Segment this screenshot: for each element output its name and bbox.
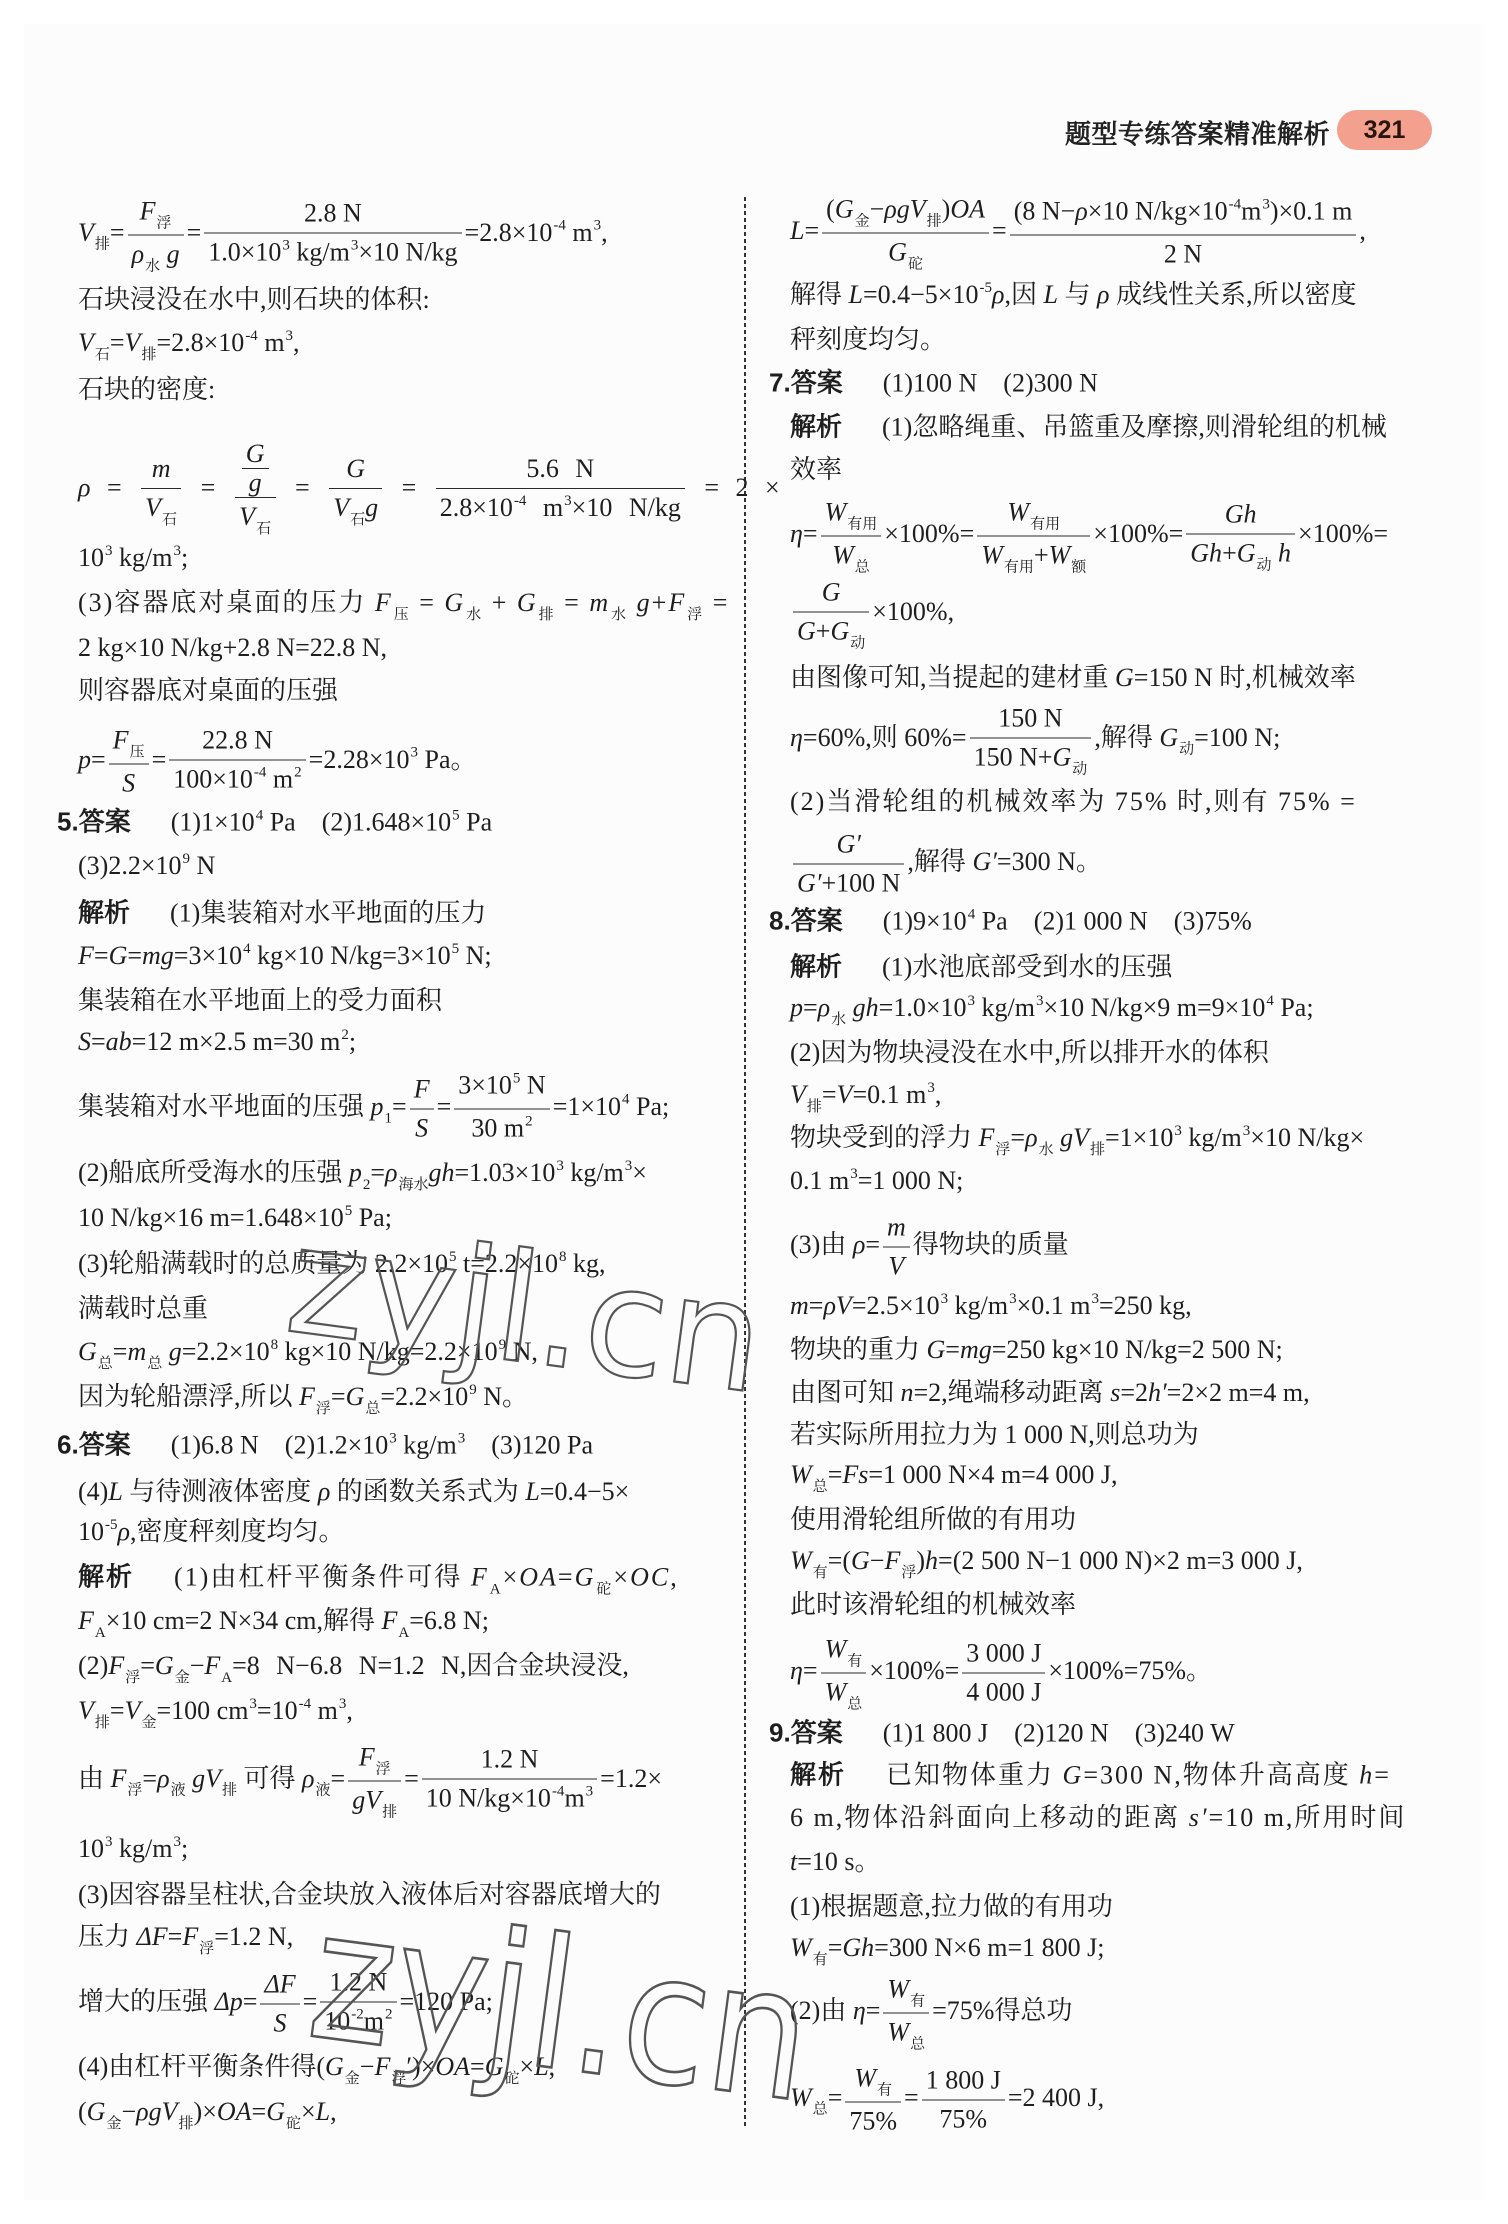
text: = <box>140 1651 155 1680</box>
text: 因为轮船漂浮,所以 <box>78 1382 299 1411</box>
analysis-label: 解析 <box>790 952 842 982</box>
text: 使用滑轮组所做的有用功 <box>790 1505 1076 1534</box>
numerator: m <box>883 1209 910 1248</box>
text: = <box>385 473 433 502</box>
subscript: 总 <box>147 1356 162 1372</box>
superscript: 3 <box>410 745 418 761</box>
math-variable: g <box>249 468 262 497</box>
text: = <box>1010 1123 1025 1152</box>
numerator: G′ <box>793 826 904 865</box>
subscript: 浮 <box>127 1783 142 1799</box>
text: ′)× <box>406 2052 435 2081</box>
math-variable: V <box>333 493 349 522</box>
text-line: F=G=mg=3×104 kg×10 N/kg=3×105 N; <box>78 934 492 982</box>
math-variable: F <box>78 941 94 970</box>
math-variable: h′ <box>1148 1378 1167 1407</box>
text: ,解得 <box>907 847 972 876</box>
superscript: 3 <box>625 1158 633 1174</box>
math-variable: F <box>884 1546 900 1575</box>
subscript: 海水 <box>398 1177 428 1193</box>
text-line: (4)由杠杆平衡条件得(G金−F浮′)×OA=G砣×L, <box>78 2045 555 2093</box>
numerator: (G金−ρgV排)OA <box>822 191 989 234</box>
text: 与待测液体密度 <box>123 1477 318 1506</box>
numerator: 1 800 J <box>922 2062 1005 2101</box>
text: 6 m,物体沿斜面向上移动的距离 <box>790 1803 1189 1832</box>
subscript: A <box>95 1625 106 1641</box>
subscript: 动 <box>850 636 865 652</box>
answer-heading-line: 6.答案(1)6.8 N (2)1.2×103 kg/m3 (3)120 Pa <box>57 1423 593 1472</box>
denominator: V石g <box>329 489 382 531</box>
text-line: W有=(G−F浮)h=(2 500 N−1 000 N)×2 m=3 000 J… <box>790 1539 1303 1587</box>
text: =2,绳端移动距离 <box>914 1378 1111 1407</box>
formula-line: (2)由 η=W有W总=75%得总功 <box>790 1971 1072 2056</box>
text: 与 <box>1058 280 1097 309</box>
text-line: (2)当滑轮组的机械效率为 75% 时,则有 75% = <box>790 780 1357 824</box>
text: = <box>331 1764 346 1793</box>
analysis-heading-line: 解析(1)由杠杆平衡条件可得 FA×OA=G砣×OC, <box>78 1555 679 1604</box>
superscript: -4 <box>299 1696 312 1712</box>
math-variable: mg <box>142 941 174 970</box>
text: = <box>303 1987 318 2016</box>
text: 满载时总重 <box>78 1294 208 1323</box>
text: 石块的密度: <box>78 375 215 404</box>
text: ; <box>181 1834 188 1863</box>
numerator: W有用 <box>821 494 882 537</box>
formula-line: η=60%,则 60%=150 N150 N+G动,解得 G动=100 N; <box>790 700 1280 781</box>
text: (2) <box>78 1651 108 1680</box>
math-variable: ρ <box>78 473 90 502</box>
text: m <box>566 218 593 247</box>
text: + <box>652 588 669 617</box>
math-variable: G <box>517 588 538 617</box>
numerator: Gg <box>235 440 276 498</box>
page-number-badge: 321 <box>1337 110 1432 150</box>
math-variable: F <box>979 1123 995 1152</box>
denominator: S <box>109 765 149 803</box>
numerator: 1.2 N <box>320 1964 396 2003</box>
superscript: 3 <box>1174 1123 1182 1139</box>
math-variable: s <box>1110 1378 1120 1407</box>
text: =100 N; <box>1194 723 1280 752</box>
text: 22.8 N <box>202 726 273 755</box>
text: =1 000 N; <box>858 1166 964 1195</box>
math-variable: gV <box>1060 1123 1089 1152</box>
text: kg/m <box>948 1291 1008 1320</box>
text: (1)6.8 N (2)1.2×10 <box>171 1431 389 1460</box>
analysis-heading-line: 解析已知物体重力 G=300 N,物体升高高度 h= <box>790 1753 1391 1798</box>
text: =2.5×10 <box>852 1291 940 1320</box>
text: 石块浸没在水中,则石块的体积: <box>78 285 430 314</box>
text: =300 N,物体升高高度 <box>1083 1761 1359 1790</box>
subscript: 排 <box>1090 1142 1105 1158</box>
text: 2 N <box>1164 240 1202 269</box>
denominator: 10 N/kg×10-4m3 <box>422 1780 597 1822</box>
math-variable: gh <box>429 1158 455 1187</box>
math-variable: OC <box>630 1563 670 1592</box>
text: (1)根据题意,拉力做的有用功 <box>790 1892 1113 1921</box>
text: 0.1 m <box>790 1166 849 1195</box>
denominator: 150 N+G动 <box>970 739 1092 781</box>
text: = <box>110 1696 125 1725</box>
math-variable: G <box>797 617 816 646</box>
question-number: 6. <box>57 1430 79 1460</box>
fraction: GgV石 <box>235 440 276 540</box>
text: = 2 × <box>688 473 780 502</box>
text: (1)集装箱对水平地面的压力 <box>170 899 486 928</box>
text: 的函数关系式为 <box>330 1477 525 1506</box>
text: , <box>601 218 608 247</box>
math-variable: ρ <box>385 1158 397 1187</box>
math-variable: L <box>525 1477 539 1506</box>
text: − <box>121 2097 136 2126</box>
math-variable: m <box>127 1337 146 1366</box>
text: 物块受到的浮力 <box>790 1123 979 1152</box>
text: Pa (2)1.648×10 <box>263 808 451 837</box>
superscript: -2 <box>351 2007 364 2023</box>
text-line: m=ρV=2.5×103 kg/m3×0.1 m3=250 kg, <box>790 1284 1192 1332</box>
text: 75% <box>939 2105 987 2134</box>
text: kg/m <box>975 993 1035 1022</box>
text: 压力 <box>78 1922 137 1951</box>
superscript: 3 <box>173 543 181 559</box>
superscript: 3 <box>594 218 602 234</box>
superscript: 3 <box>1036 993 1044 1009</box>
math-variable: Δp <box>215 1987 243 2016</box>
text: ×0.1 m <box>1017 1291 1091 1320</box>
answer-label: 答案 <box>791 368 843 398</box>
text: = <box>822 1080 837 1109</box>
math-variable: W <box>1007 498 1029 527</box>
subscript: 总 <box>365 1401 380 1417</box>
subscript: 浮 <box>157 216 172 232</box>
text-line: 物块的重力 G=mg=250 kg×10 N/kg=2 500 N; <box>790 1328 1283 1372</box>
subscript: 砣 <box>286 2116 301 2132</box>
text: (1)100 N (2)300 N <box>883 369 1098 398</box>
text: 30 m <box>471 1114 524 1143</box>
formula-line: V排=F浮ρ水 g=2.8 N1.0×103 kg/m3×10 N/kg=2.8… <box>78 193 608 278</box>
text: =2×2 m=4 m, <box>1167 1378 1310 1407</box>
text: × <box>632 1158 647 1187</box>
text: =300 N×6 m=1 800 J; <box>874 1933 1104 1962</box>
math-variable: gV <box>352 1786 381 1815</box>
math-variable: Gh <box>1225 500 1257 529</box>
superscript: -5 <box>979 280 992 296</box>
text: (2)当滑轮组的机械效率为 75% 时,则有 75% = <box>790 787 1357 816</box>
superscript: 5 <box>452 808 460 824</box>
subscript: 水 <box>611 607 628 623</box>
math-variable: W <box>887 1975 909 2004</box>
denominator: W总 <box>821 1674 867 1716</box>
math-variable: ρ <box>318 1477 330 1506</box>
subscript: 石 <box>350 512 365 528</box>
denominator: V石 <box>235 498 276 540</box>
text: +100 N <box>821 869 900 898</box>
formula-line: p=F压S=22.8 N100×10-4 m2=2.28×103 Pa。 <box>78 722 477 803</box>
subscript: 石 <box>256 521 271 537</box>
text: =3×10 <box>174 941 242 970</box>
subscript: A <box>398 1625 409 1641</box>
superscript: 2 <box>525 1114 533 1130</box>
denominator: ρ水 g <box>128 236 184 278</box>
subscript: 排 <box>95 1715 110 1731</box>
text: )×0.1 m <box>1270 197 1353 226</box>
numerator: (8 N−ρ×10 N/kg×10-4m3)×0.1 m <box>1010 193 1357 236</box>
math-variable: G′ <box>797 869 821 898</box>
numerator: 2.8 N <box>204 195 461 234</box>
text: ×100%= <box>1298 519 1388 548</box>
subscript: 有用 <box>847 517 877 533</box>
text: N。 <box>477 1382 528 1411</box>
math-variable: G <box>575 1563 596 1592</box>
text: =0.4−5×10 <box>863 280 979 309</box>
denominator: gV排 <box>348 1782 401 1824</box>
text: (1)1×10 <box>171 808 255 837</box>
math-variable: G <box>1115 663 1134 692</box>
subscript: 浮 <box>199 1941 214 1957</box>
answer-label: 答案 <box>79 1430 131 1460</box>
math-variable: η <box>853 1996 866 2025</box>
math-variable: ΔF <box>137 1922 168 1951</box>
fraction: 1.2 N10 N/kg×10-4m3 <box>422 1741 597 1822</box>
numerator: 5.6 N <box>436 450 685 489</box>
text: = <box>370 1158 385 1187</box>
math-variable: Gh <box>1190 539 1222 568</box>
subscript: 总 <box>813 1479 828 1495</box>
text: , <box>330 2097 337 2126</box>
superscript: -5 <box>105 1517 118 1533</box>
text: Pa; <box>352 1203 392 1232</box>
text: (8 N− <box>1014 197 1076 226</box>
numerator: ΔF <box>260 1966 299 2005</box>
text: 10 <box>324 2007 350 2036</box>
math-variable: p <box>790 993 803 1022</box>
superscript: 3 <box>586 1784 594 1800</box>
text: =10 m,所用时间 <box>1209 1803 1407 1832</box>
text: =75%得总功 <box>932 1996 1072 2025</box>
text: 已知物体重力 <box>886 1761 1063 1790</box>
math-variable: F <box>204 1651 220 1680</box>
text: 可得 <box>237 1764 302 1793</box>
text: (2)船底所受海水的压强 <box>78 1158 349 1187</box>
text: 1.2 N <box>481 1745 539 1774</box>
fraction: 1 800 J75% <box>922 2062 1005 2139</box>
math-variable: W <box>790 1546 812 1575</box>
denominator: S <box>410 1110 434 1148</box>
subscript: 2 <box>363 1177 371 1193</box>
fraction: F浮ρ水 g <box>128 193 184 278</box>
formula-line: 由 F浮=ρ液 gV排 可得 ρ液=F浮gV排=1.2 N10 N/kg×10-… <box>78 1739 662 1824</box>
math-variable: S <box>415 1114 428 1143</box>
text: 集装箱对水平地面的压强 <box>78 1092 371 1121</box>
subscript: 有 <box>877 2083 892 2099</box>
text: ×10 N/kg <box>358 238 457 267</box>
text: =100 cm <box>156 1696 248 1725</box>
subscript: A <box>221 1670 232 1686</box>
subscript: 砣 <box>596 1582 613 1598</box>
numerator: F浮 <box>128 193 184 236</box>
text-line: 103 kg/m3; <box>78 536 188 584</box>
answer-label: 答案 <box>791 906 843 936</box>
text-line: 0.1 m3=1 000 N; <box>790 1159 963 1207</box>
math-variable: G′ <box>836 830 860 859</box>
text: 3 000 J <box>966 1639 1041 1668</box>
subscript: 水 <box>145 259 160 275</box>
text: = <box>865 1230 880 1259</box>
math-variable: G <box>1159 723 1178 752</box>
fraction: (8 N−ρ×10 N/kg×10-4m3)×0.1 m2 N <box>1010 193 1357 274</box>
text-line: 效率 <box>790 448 842 492</box>
math-variable: S <box>122 769 135 798</box>
subscript: 排 <box>141 347 156 363</box>
subscript: 动 <box>1257 558 1272 574</box>
text: kg×10 N/kg=2.2×10 <box>278 1337 498 1366</box>
subscript: 水 <box>466 607 483 623</box>
math-variable: G <box>78 1337 97 1366</box>
subscript: 有 <box>813 1565 828 1581</box>
text: kg/m <box>290 238 350 267</box>
question-number: 7. <box>769 368 791 398</box>
text: − <box>870 1546 885 1575</box>
text: Pa <box>460 808 493 837</box>
subscript: 1 <box>385 1111 393 1127</box>
math-variable: W <box>981 541 1003 570</box>
numerator: F浮 <box>348 1739 401 1782</box>
text: , <box>1359 216 1366 245</box>
text: ( <box>78 2097 87 2126</box>
superscript: 3 <box>927 1080 935 1096</box>
text: m <box>311 1696 338 1725</box>
subscript: 砣 <box>505 2071 520 2087</box>
superscript: 4 <box>968 907 976 923</box>
text: = <box>828 1933 843 1962</box>
numerator: G <box>329 450 382 489</box>
text: = <box>110 328 125 357</box>
math-variable: F <box>471 1563 489 1592</box>
analysis-heading-line: 解析(1)水池底部受到水的压强 <box>790 945 1172 990</box>
superscript: -4 <box>553 218 566 234</box>
fraction: Gg <box>242 440 269 497</box>
denominator: W总 <box>821 537 882 579</box>
text-line: 集装箱在水平地面上的受力面积 <box>78 979 442 1023</box>
text-line: 10 N/kg×16 m=1.648×105 Pa; <box>78 1196 392 1244</box>
text: = <box>704 588 729 617</box>
text: + <box>1034 541 1049 570</box>
math-variable: L <box>316 2097 330 2126</box>
math-variable: V <box>125 1696 141 1725</box>
text: m <box>266 765 293 794</box>
superscript: 3 <box>1092 1291 1100 1307</box>
text: 解得 <box>790 280 849 309</box>
text: =1.2 N, <box>214 1922 293 1951</box>
text: N <box>190 851 215 880</box>
math-variable: G <box>851 1546 870 1575</box>
math-variable: G <box>246 439 265 468</box>
fraction: W有W总 <box>883 1971 929 2056</box>
text: 100×10 <box>173 765 253 794</box>
text: , <box>549 2052 556 2081</box>
text: − <box>870 195 885 224</box>
text: 由图像可知,当提起的建材重 <box>790 663 1115 692</box>
math-variable: G <box>155 1651 174 1680</box>
subscript: 金 <box>345 2071 360 2087</box>
superscript: 5 <box>345 1203 353 1219</box>
text: = <box>945 1335 960 1364</box>
math-variable: ρ <box>853 1230 865 1259</box>
text: m <box>364 2007 384 2036</box>
text: =0.1 m <box>852 1080 926 1109</box>
text: 150 N+ <box>974 743 1053 772</box>
subscript: 水 <box>831 1012 846 1028</box>
math-variable: G <box>346 454 365 483</box>
text: =10 <box>257 1696 298 1725</box>
text: =250 kg, <box>1099 1291 1192 1320</box>
text: × <box>301 2097 316 2126</box>
text: 2 kg×10 N/kg+2.8 N=22.8 N, <box>78 633 387 662</box>
subscript: 压 <box>130 745 145 761</box>
text: m <box>258 328 285 357</box>
math-variable: L <box>1043 280 1057 309</box>
math-variable: S <box>78 1027 91 1056</box>
text-line: 石块的密度: <box>78 368 215 412</box>
text-line: V排=V=0.1 m3, <box>790 1073 941 1121</box>
math-variable: F <box>382 1606 398 1635</box>
subscript: 排 <box>927 214 942 230</box>
text: 物块的重力 <box>790 1335 927 1364</box>
math-variable: W <box>1049 541 1071 570</box>
denominator: g <box>242 469 269 497</box>
math-variable: gV <box>192 1764 221 1793</box>
fraction: mV石 <box>141 450 181 531</box>
math-variable: W <box>832 541 854 570</box>
superscript: 4 <box>622 1092 630 1108</box>
text-line: 压力 ΔF=F浮=1.2 N, <box>78 1915 293 1963</box>
numerator: W有用 <box>977 494 1090 537</box>
text: + <box>816 617 831 646</box>
text: = <box>110 218 125 247</box>
subscript: A <box>490 1582 503 1598</box>
superscript: 3 <box>105 1834 113 1850</box>
denominator: W总 <box>883 2014 929 2056</box>
text-line: 石块浸没在水中,则石块的体积: <box>78 278 430 322</box>
text: , <box>346 1696 353 1725</box>
math-variable: p <box>349 1158 362 1187</box>
text: =10 s。 <box>797 1847 880 1876</box>
superscript: 3 <box>556 1158 564 1174</box>
text: (1)水池底部受到水的压强 <box>882 953 1172 982</box>
math-variable: G <box>1063 1761 1084 1790</box>
text: (1)9×10 <box>883 907 967 936</box>
math-variable: G <box>87 2097 106 2126</box>
text: = <box>91 745 106 774</box>
text: = <box>804 216 819 245</box>
math-variable: L <box>534 2052 548 2081</box>
text: 10 <box>78 543 104 572</box>
numerator: Gh <box>1186 496 1295 535</box>
fraction: FS <box>410 1071 434 1148</box>
text: = <box>252 2097 267 2126</box>
superscript: 4 <box>243 941 251 957</box>
question-number: 9. <box>769 1718 791 1748</box>
math-variable: η <box>790 723 803 752</box>
superscript: 3 <box>850 1166 858 1182</box>
superscript: 3 <box>389 1431 397 1447</box>
text: m <box>526 493 563 522</box>
subscript: 有用 <box>1004 560 1034 576</box>
fraction: 3×105 N30 m2 <box>454 1067 549 1152</box>
subscript: 金 <box>175 1670 190 1686</box>
superscript: 8 <box>559 1249 567 1265</box>
math-variable: ρ <box>157 1764 169 1793</box>
